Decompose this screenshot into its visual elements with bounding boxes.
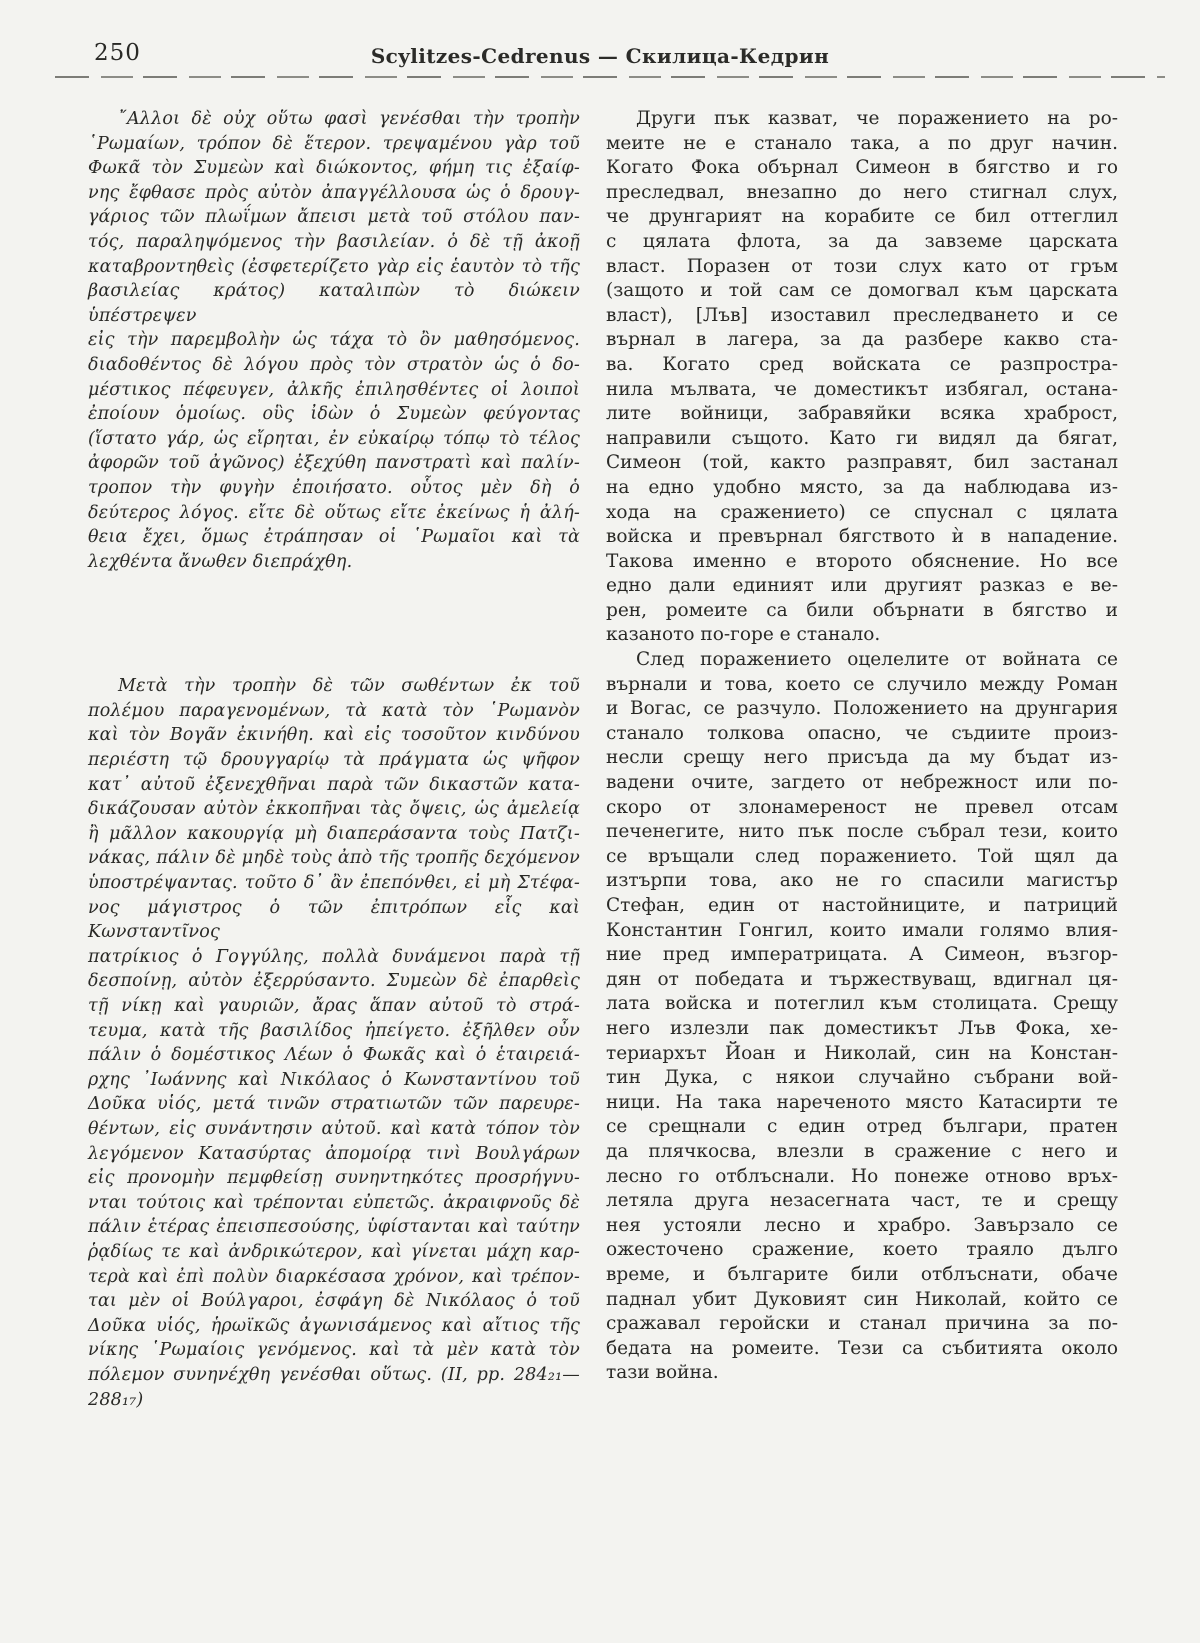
text-line: несли срещу него присъда да му бъдат из- [606,746,1118,771]
text-line: върнали и това, което се случило между Р… [606,673,1118,698]
text-line: καὶ τὸν Βογᾶν ἐκινήθη. καὶ εἰς τοσοῦτον … [88,723,580,748]
text-line: τερὰ καὶ ἐπὶ πολὺν διαρκέσασα χρόνον, κα… [88,1265,580,1290]
text-line: ῥᾳδίως τε καὶ ἀνδρικώτερον, καὶ γίνεται … [88,1240,580,1265]
text-line: θεια ἔχει, ὅμως ἐτράπησαν οἱ ῾Ρωμαῖοι κα… [88,525,580,550]
text-line: Когато Фока обърнал Симеон в бягство и г… [606,156,1118,181]
text-line: власт. Поразен от този слух като от гръм [606,255,1118,280]
text-line: νίκης ῾Ρωμαίοις γενόμενος. καὶ τὰ μὲν κα… [88,1338,580,1363]
text-line: изтърпи това, ако не го спасили магистър [606,869,1118,894]
text-line: Такова именно е второто обяснение. Но вс… [606,550,1118,575]
text-line: Δοῦκα υἱός, μετά τινῶν στρατιωτῶν τῶν πα… [88,1092,580,1117]
text-line: След поражението оцелелите от войната се [606,648,1118,673]
text-line: лите войници, забравяйки всяка храброст, [606,402,1118,427]
text-line: ожесточено сражение, което траяло дълго [606,1238,1118,1263]
text-line: тин Дука, с някои случайно събрани вой- [606,1066,1118,1091]
text-line: 288₁₇) [88,1388,580,1413]
text-line: станало толкова опасно, че съдиите произ… [606,722,1118,747]
text-line: време, и българите били отблъснати, обач… [606,1263,1118,1288]
text-line: Стефан, един от настойниците, и патриций [606,894,1118,919]
text-columns: ῎Αλλοι δὲ οὐχ οὕτω φασὶ γενέσθαι τὴν τρο… [0,107,1200,1412]
text-line: казаното по-горе е станало. [606,623,1118,648]
text-line: εἰς προνομὴν πεμφθείσῃ συνηντηκότες προσ… [88,1166,580,1191]
text-line: πατρίκιος ὁ Γογγύλης, πολλὰ δυνάμενοι πα… [88,945,580,970]
text-line: διαδοθέντος δὲ λόγου πρὸς τὸν στρατὸν ὡς… [88,353,580,378]
text-line: πόλεμον συνηνέχθη γενέσθαι οὕτως. (II, p… [88,1363,580,1388]
text-line: νάκας, πάλιν δὲ μηδὲ τοὺς ἀπὸ τῆς τροπῆς… [88,846,580,871]
text-line: Константин Гонгил, които имали голямо вл… [606,919,1118,944]
text-line: Φωκᾶ τὸν Συμεὼν καὶ διώκοντος, φήμη τις … [88,156,580,181]
text-line: Μετὰ τὴν τροπὴν δὲ τῶν σωθέντων ἐκ τοῦ [88,674,580,699]
text-line: θέντων, εἰς συνάντησιν αὐτοῦ. καὶ κατὰ τ… [88,1117,580,1142]
text-line: печенегите, нито пък после събрал тези, … [606,820,1118,845]
text-line: γάριος τῶν πλωΐμων ἄπεισι μετὰ τοῦ στόλο… [88,205,580,230]
text-line: рен, ромеите са били обърнати в бягство … [606,599,1118,624]
text-line: тази война. [606,1361,1118,1386]
text-line: ῾Ρωμαίων, τρόπον δὲ ἕτερον. τρεψαμένου γ… [88,132,580,157]
text-line: на едно удобно място, за да наблюдава из… [606,476,1118,501]
text-line: върнал в лагера, за да разбере какво ста… [606,328,1118,353]
text-line: τροπον τὴν φυγὴν ἐποιήσατο. οὗτος μὲν δὴ… [88,476,580,501]
text-line: нила мълвата, че доместикът избягал, ост… [606,378,1118,403]
text-line: се срещнали с един отред българи, пратен [606,1115,1118,1140]
text-line: лата войска и потеглил към столицата. Ср… [606,992,1118,1017]
text-line: ἢ μᾶλλον κακουργίᾳ μὴ διαπεράσαντα τοὺς … [88,822,580,847]
text-line: и Вогас, се разчуло. Положението на друн… [606,697,1118,722]
text-line: (защото и той сам се домогвал към царска… [606,279,1118,304]
text-line: εἰς τὴν παρεμβολὴν ὡς τάχα τὸ ὂν μαθησόμ… [88,328,580,353]
text-line: δεύτερος λόγος. εἴτε δὲ οὕτως εἴτε ἐκείν… [88,501,580,526]
text-line: πάλιν ὁ δομέστικος Λέων ὁ Φωκᾶς καὶ ὁ ἑτ… [88,1043,580,1068]
text-line: καταβροντηθεὶς (ἐσφετερίζετο γὰρ εἰς ἑαυ… [88,255,580,280]
text-line: τός, παραληψόμενος τὴν βασιλείαν. ὁ δὲ τ… [88,230,580,255]
text-line: πολέμου παραγενομένων, τὰ κατὰ τὸν ῾Ρωμα… [88,699,580,724]
text-line: μέστικος πέφευγεν, ἀλκῆς ἐπιλησθέντες οἱ… [88,378,580,403]
greek-paragraph-1: ῎Αλλοι δὲ οὐχ οὕτω φασὶ γενέσθαι τὴν τρο… [88,107,580,574]
text-line: νος μάγιστρος ὁ τῶν ἐπιτρόπων εἷς καὶ Κω… [88,896,580,945]
scanned-page: 250 Scylitzes-Cedrenus — Скилица-Кедрин … [0,0,1200,1643]
text-line: περιέστη τῷ δρουγγαρίῳ τὰ πράγματα ὡς ψῆ… [88,748,580,773]
bulgarian-column: Други пък казват, че поражението на ро-м… [606,107,1118,1412]
text-line: Δοῦκα υἱός, ἡρωϊκῶς ἀγωνισάμενος καὶ αἴτ… [88,1314,580,1339]
text-line: τῇ νίκῃ καὶ γαυριῶν, ἄρας ἅπαν αὐτοῦ τὸ … [88,994,580,1019]
text-line: вадени очите, загдето от небрежност или … [606,771,1118,796]
text-line: λεχθέντα ἄνωθεν διεπράχθη. [88,550,580,575]
text-line: паднал убит Дуковият син Николай, който … [606,1288,1118,1313]
text-line: меите не е станало така, а по друг начин… [606,132,1118,157]
text-line: τευμα, κατὰ τῆς βασιλίδος ἠπείγετο. ἐξῆλ… [88,1019,580,1044]
text-line: ἐποίουν ὁμοίως. οὓς ἰδὼν ὁ Συμεὼν φεύγον… [88,402,580,427]
text-line: летяла друга незасегната част, те и срещ… [606,1189,1118,1214]
text-line: сражавал геройски и станал причина за по… [606,1312,1118,1337]
bulgarian-paragraph-1: Други пък казват, че поражението на ро-м… [606,107,1118,648]
text-line: да плячкосва, влезли в сражение с него и [606,1140,1118,1165]
text-line: скоро от злонамереност не превел отсам [606,796,1118,821]
text-line: ὑποστρέψαντας. τοῦτο δ᾽ ἂν ἐπεπόνθει, εἰ… [88,871,580,896]
text-line: направили същото. Като ги видял да бягат… [606,427,1118,452]
text-line: κατ᾽ αὐτοῦ ἐξενεχθῆναι παρὰ τῶν δικαστῶν… [88,773,580,798]
text-line: ῎Αλλοι δὲ οὐχ οὕτω φασὶ γενέσθαι τὴν τρο… [88,107,580,132]
text-line: νται τούτοις καὶ τρέπονται εὐπετῶς. ἀκρα… [88,1191,580,1216]
text-line: δικάζουσαν αὐτὸν ἐκκοπῆναι τὰς ὄψεις, ὡς… [88,797,580,822]
text-line: териархът Йоан и Николай, син на Констан… [606,1042,1118,1067]
greek-paragraph-2: Μετὰ τὴν τροπὴν δὲ τῶν σωθέντων ἐκ τοῦπο… [88,674,580,1412]
text-line: νης ἔφθασε πρὸς αὐτὸν ἀπαγγέλλουσα ὡς ὁ … [88,181,580,206]
text-line: лесно го отблъснали. Но понеже отново вр… [606,1165,1118,1190]
text-line: ρχης ᾽Ιωάννης καὶ Νικόλαος ὁ Κωνσταντίνο… [88,1068,580,1093]
text-line: ва. Когато сред войската се разпростра- [606,353,1118,378]
text-line: Други пък казват, че поражението на ро- [606,107,1118,132]
text-line: нея устояли лесно и храбро. Завързало се [606,1214,1118,1239]
text-line: войска и превърнал бягството ѝ в нападен… [606,525,1118,550]
text-line: ται μὲν οἱ Βούλγαροι, ἐσφάγη δὲ Νικόλαος… [88,1289,580,1314]
page-header: 250 Scylitzes-Cedrenus — Скилица-Кедрин [0,0,1200,80]
text-line: ние пред императрицата. А Симеон, възгор… [606,943,1118,968]
running-title: Scylitzes-Cedrenus — Скилица-Кедрин [0,44,1200,68]
text-line: πάλιν ἑτέρας ἐπεισπεσούσης, ὑφίστανται κ… [88,1215,580,1240]
text-line: дян от победата и тържествуващ, вдигнал … [606,968,1118,993]
text-line: него излезли пак доместикът Лъв Фока, хе… [606,1017,1118,1042]
greek-column: ῎Αλλοι δὲ οὐχ οὕτω φασὶ γενέσθαι τὴν τρο… [88,107,580,1412]
header-rule [55,76,1165,78]
text-line: власт), [Лъв] изоставил преследването и … [606,304,1118,329]
text-line: ἀφορῶν τοῦ ἀγῶνος) ἐξεχύθη πανστρατὶ καὶ… [88,451,580,476]
text-line: едно дали единият или другият разказ е в… [606,574,1118,599]
text-line: Симеон (той, както разправят, бил застан… [606,451,1118,476]
text-line: се връщали след поражението. Той щял да [606,845,1118,870]
text-line: δεσποίνῃ, αὐτὸν ἐξερρύσαντο. Συμεὼν δὲ ἐ… [88,969,580,994]
text-line: ници. На така нареченото място Катасирти… [606,1091,1118,1116]
text-line: λεγόμενον Κατασύρτας ἀπομοίρᾳ τινὶ Βουλγ… [88,1142,580,1167]
text-line: преследвал, внезапно до него стигнал слу… [606,181,1118,206]
text-line: βασιλείας κράτος) καταλιπὼν τὸ διώκειν ὑ… [88,279,580,328]
bulgarian-paragraph-2: След поражението оцелелите от войната се… [606,648,1118,1386]
text-line: че друнгарият на корабите се бил оттегли… [606,205,1118,230]
text-line: хода на сражението) се спуснал с цялата [606,501,1118,526]
text-line: бедата на ромеите. Тези са събитията око… [606,1337,1118,1362]
text-line: (ἵστατο γάρ, ὡς εἴρηται, ἐν εὐκαίρῳ τόπῳ… [88,427,580,452]
text-line: с цялата флота, за да завземе царската [606,230,1118,255]
